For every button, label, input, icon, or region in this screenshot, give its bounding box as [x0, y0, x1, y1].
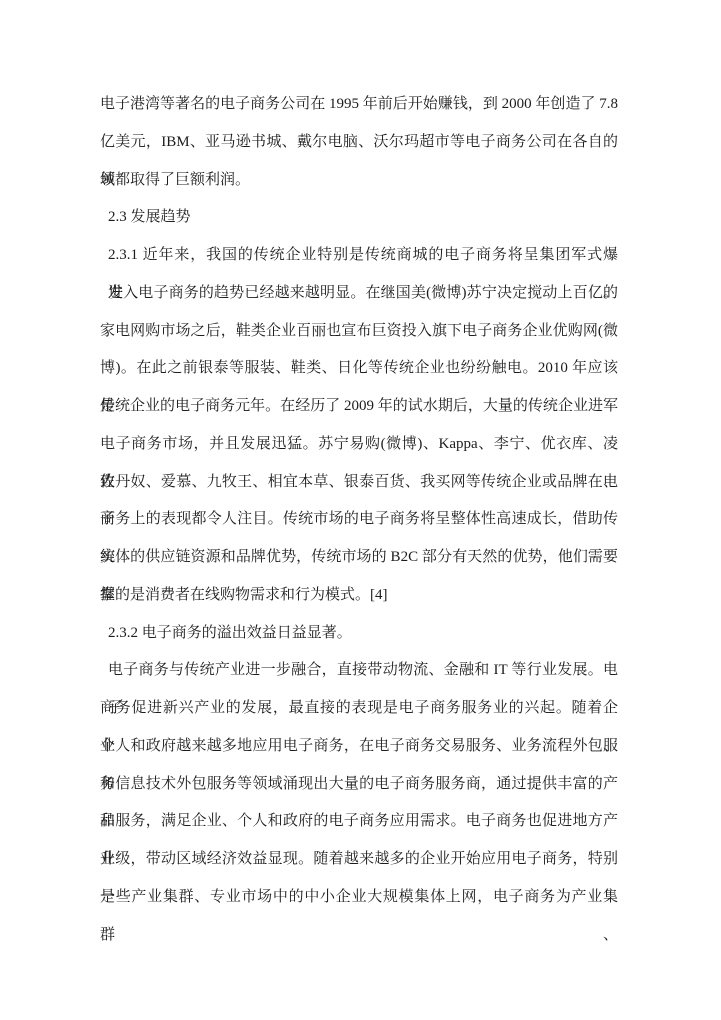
body-line: 博)。在此之前银泰等服装、鞋类、日化等传统企业也纷纷触电。2010 年应该是 [100, 350, 618, 388]
body-line: 实体的供应链资源和品牌优势，传统市场的 B2C 部分有天然的优势，他们需要掌 [100, 539, 618, 577]
body-line: 和信息技术外包服务等领域涌现出大量的电子商务服务商，通过提供丰富的产品 [100, 766, 618, 804]
body-line: 亿美元，IBM、亚马逊书城、戴尔电脑、沃尔玛超市等电子商务公司在各自的领 [100, 124, 618, 162]
body-line: 商务促进新兴产业的发展，最直接的表现是电子商务服务业的兴起。随着企业、 [100, 690, 618, 728]
body-line: 佐丹奴、爱慕、九牧王、相宜本草、银泰百货、我买网等传统企业或品牌在电子 [100, 464, 618, 502]
body-line: 升级，带动区域经济效益显现。随着越来越多的企业开始应用电子商务，特别是 [100, 841, 618, 879]
body-line: 一些产业集群、专业市场中的中小企业大规模集体上网，电子商务为产业集群、 [100, 879, 618, 917]
body-line: 家电网购市场之后，鞋类企业百丽也宣布巨资投入旗下电子商务企业优购网(微 [100, 313, 618, 351]
body-line: 传统企业的电子商务元年。在经历了 2009 年的试水期后，大量的传统企业进军 [100, 388, 618, 426]
body-line: 个人和政府越来越多地应用电子商务，在电子商务交易服务、业务流程外包服务 [100, 728, 618, 766]
body-line: 握的是消费者在线购物需求和行为模式。[4] [100, 577, 618, 615]
body-line: 商务上的表现都令人注目。传统市场的电子商务将呈整体性高速成长，借助传统 [100, 501, 618, 539]
body-line: 电子商务与传统产业进一步融合，直接带动物流、金融和 IT 等行业发展。电子 [100, 652, 618, 690]
body-line: 电子港湾等著名的电子商务公司在 1995 年前后开始赚钱，到 2000 年创造了… [100, 86, 618, 124]
subsection-heading: 2.3.1 近年来，我国的传统企业特别是传统商城的电子商务将呈集团军式爆发。 [100, 237, 618, 275]
section-heading: 2.3 发展趋势 [100, 199, 618, 237]
subsection-heading: 2.3.2 电子商务的溢出效益日益显著。 [100, 615, 618, 653]
body-line: 电子商务市场，并且发展迅猛。苏宁易购(微博)、Kappa、李宁、优衣库、凌致、 [100, 426, 618, 464]
text-block: 电子港湾等著名的电子商务公司在 1995 年前后开始赚钱，到 2000 年创造了… [100, 86, 618, 917]
body-line: 进入电子商务的趋势已经越来越明显。在继国美(微博)苏宁决定搅动上百亿的 [100, 275, 618, 313]
document-page: 电子港湾等著名的电子商务公司在 1995 年前后开始赚钱，到 2000 年创造了… [0, 0, 721, 1020]
body-line: 和服务，满足企业、个人和政府的电子商务应用需求。电子商务也促进地方产业 [100, 803, 618, 841]
body-line: 域都取得了巨额利润。 [100, 162, 618, 200]
